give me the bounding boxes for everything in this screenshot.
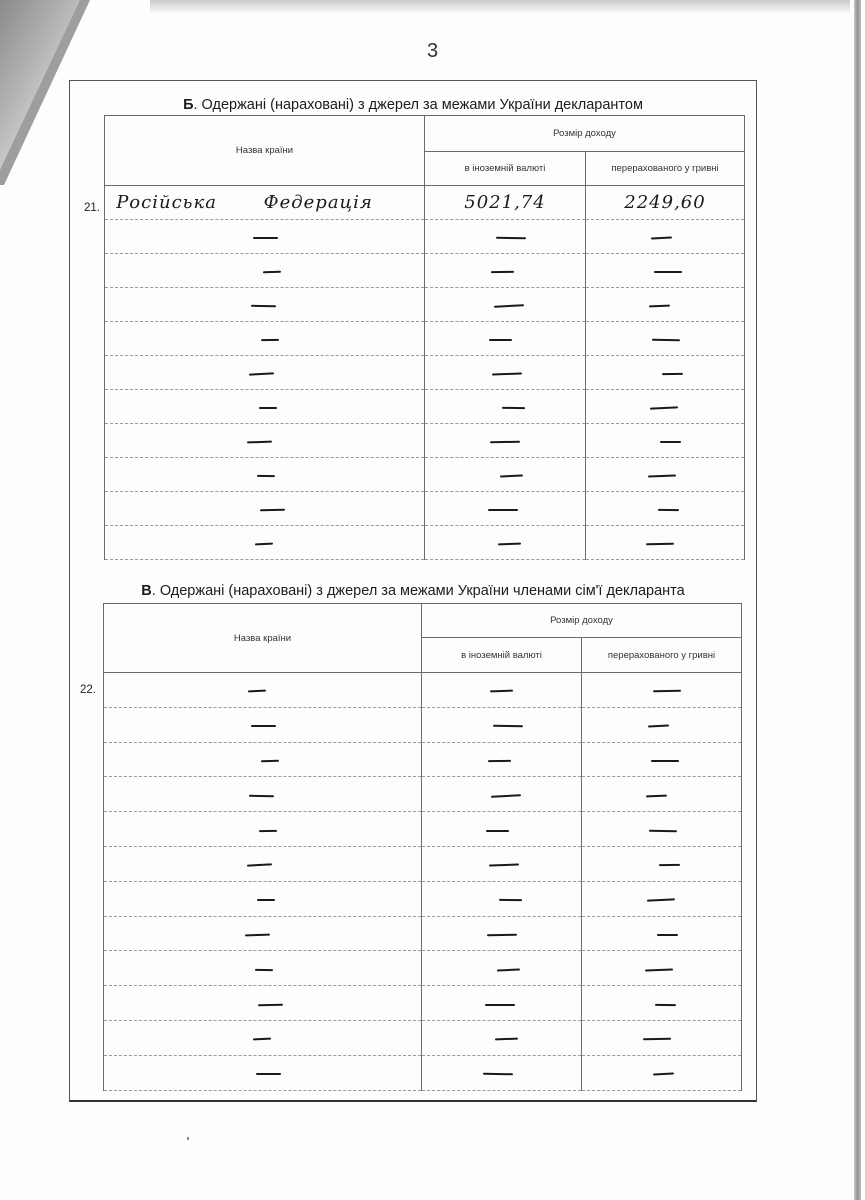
table-row: [105, 458, 745, 492]
handwritten-dash: [496, 968, 519, 971]
converted-uah-cell: [586, 458, 745, 492]
country-cell: [105, 458, 425, 492]
handwritten-dash: [494, 1038, 517, 1041]
table-row: [104, 951, 742, 986]
converted-uah-cell: [582, 951, 742, 986]
page-number: 3: [0, 40, 865, 63]
handwritten-dash: [257, 899, 275, 901]
country-cell: [104, 673, 422, 708]
handwritten-dash: [646, 898, 674, 901]
country-cell: [104, 1020, 422, 1055]
foreign-currency-cell: [425, 492, 586, 526]
handwritten-dash: [490, 794, 520, 798]
table-row: [104, 777, 742, 812]
handwritten-dash: [654, 271, 682, 273]
handwritten-dash: [246, 864, 271, 867]
foreign-currency-cell: [425, 526, 586, 560]
handwritten-dash: [652, 1073, 673, 1076]
country-cell: [104, 986, 422, 1021]
converted-uah-cell: [582, 812, 742, 847]
handwritten-dash: [651, 760, 679, 762]
handwritten-dash: [491, 271, 514, 273]
handwritten-dash: [496, 237, 526, 240]
table-row: [104, 986, 742, 1021]
handwritten-dash: [648, 829, 676, 831]
section-c-row-number: 22.: [80, 684, 96, 696]
table-row: [104, 1020, 742, 1055]
handwritten-dash: [494, 304, 524, 308]
converted-uah-cell: [586, 390, 745, 424]
converted-uah-cell: [582, 881, 742, 916]
handwritten-dash: [654, 1003, 675, 1005]
converted-uah-cell: [582, 707, 742, 742]
handwritten-dash: [248, 372, 273, 375]
foreign-currency-cell: [425, 254, 586, 288]
handwritten-dash: [257, 1003, 282, 1005]
country-cell: Російська Федерація: [105, 186, 425, 220]
handwritten-dash: [260, 339, 278, 341]
handwritten-dash: [652, 690, 680, 692]
table-row: [104, 707, 742, 742]
converted-uah-cell: [582, 916, 742, 951]
section-c-title-text: . Одержані (нараховані) з джерел за межа…: [152, 583, 685, 599]
handwritten-dash: [662, 373, 683, 375]
country-cell: [104, 707, 422, 742]
foreign-currency-cell: [425, 288, 586, 322]
handwritten-dash: [244, 934, 269, 937]
handwritten-dash: [254, 969, 272, 971]
header-country: Назва країни: [105, 116, 425, 186]
handwritten-dash: [253, 237, 278, 239]
converted-uah-cell: [586, 526, 745, 560]
section-b-row-number: 21.: [84, 202, 100, 214]
country-cell: [105, 492, 425, 526]
handwritten-dash: [658, 509, 679, 511]
table-row: Російська Федерація5021,742249,60: [105, 186, 745, 220]
foreign-currency-cell: [422, 1020, 582, 1055]
table-row: [105, 288, 745, 322]
country-cell: [105, 390, 425, 424]
scan-edge-strip: [854, 0, 861, 1200]
country-cell: [104, 812, 422, 847]
handwritten-dash: [644, 968, 672, 971]
country-cell: [105, 356, 425, 390]
section-b-letter: Б: [183, 97, 193, 113]
foreign-currency-cell: [422, 777, 582, 812]
foreign-currency-cell: [422, 1055, 582, 1090]
converted-uah-cell: [582, 777, 742, 812]
foreign-currency-cell: [425, 322, 586, 356]
handwritten-dash: [486, 830, 509, 832]
country-cell: [104, 951, 422, 986]
converted-uah-cell: [586, 356, 745, 390]
converted-uah-cell: [586, 492, 745, 526]
foreign-currency-cell: [422, 986, 582, 1021]
country-cell: [104, 777, 422, 812]
handwritten-dash: [490, 441, 520, 444]
section-c-letter: В: [141, 583, 151, 599]
handwritten-dash: [262, 271, 280, 274]
table-row: [105, 492, 745, 526]
foreign-currency-cell: [425, 390, 586, 424]
handwritten-dash: [247, 690, 265, 693]
handwritten-dash: [486, 934, 516, 937]
converted-uah-cell: [582, 846, 742, 881]
handwritten-dash: [487, 760, 510, 762]
handwritten-dash: [256, 1073, 281, 1075]
country-cell: [105, 526, 425, 560]
handwritten-dash: [646, 543, 674, 545]
handwritten-dash: [485, 1004, 515, 1006]
table-row: [105, 356, 745, 390]
handwritten-value: 5021,74: [464, 192, 545, 213]
foreign-currency-cell: [422, 881, 582, 916]
converted-uah-cell: [586, 254, 745, 288]
handwritten-dash: [248, 795, 273, 797]
table-row: [104, 916, 742, 951]
foreign-currency-cell: [425, 458, 586, 492]
header-converted-uah: перерахованого у гривні: [586, 152, 745, 186]
handwritten-dash: [648, 475, 676, 478]
handwritten-dash: [660, 441, 681, 443]
handwritten-dash: [254, 543, 272, 546]
handwritten-dash: [647, 725, 668, 728]
foreign-currency-cell: 5021,74: [425, 186, 586, 220]
handwritten-dash: [502, 407, 525, 409]
handwritten-dash: [482, 1073, 512, 1076]
header-country: Назва країни: [104, 604, 422, 673]
foreign-currency-cell: [422, 812, 582, 847]
country-cell: [104, 881, 422, 916]
handwritten-dash: [259, 509, 284, 511]
handwritten-dash: [489, 339, 512, 341]
country-cell: [105, 288, 425, 322]
converted-uah-cell: [586, 288, 745, 322]
handwritten-dash: [658, 864, 679, 866]
country-cell: [105, 220, 425, 254]
handwritten-dash: [488, 864, 518, 867]
table-row: [104, 673, 742, 708]
foreign-currency-cell: [422, 707, 582, 742]
section-c-table: Назва країни Розмір доходу в іноземній в…: [103, 603, 742, 1091]
handwritten-dash: [645, 794, 666, 797]
converted-uah-cell: [586, 220, 745, 254]
handwritten-dash: [498, 543, 521, 546]
handwritten-dash: [256, 475, 274, 477]
table-row: [105, 322, 745, 356]
handwritten-dash: [492, 372, 522, 375]
handwritten-dash: [488, 509, 518, 511]
handwritten-dash: [642, 1038, 670, 1040]
country-cell: [104, 1055, 422, 1090]
header-foreign-currency: в іноземній валюті: [422, 638, 582, 673]
converted-uah-cell: [582, 986, 742, 1021]
handwritten-dash: [657, 934, 678, 936]
foreign-currency-cell: [422, 951, 582, 986]
country-cell: [104, 846, 422, 881]
handwritten-dash: [652, 339, 680, 341]
header-converted-uah: перерахованого у гривні: [582, 638, 742, 673]
handwritten-dash: [252, 1038, 270, 1041]
scan-speck: [187, 1137, 189, 1140]
header-foreign-currency: в іноземній валюті: [425, 152, 586, 186]
converted-uah-cell: [586, 424, 745, 458]
table-row: [104, 1055, 742, 1090]
foreign-currency-cell: [422, 742, 582, 777]
section-c-title: В. Одержані (нараховані) з джерел за меж…: [69, 583, 757, 599]
converted-uah-cell: [582, 1020, 742, 1055]
country-cell: [105, 254, 425, 288]
handwritten-dash: [651, 236, 672, 239]
handwritten-dash: [650, 406, 678, 409]
handwritten-dash: [649, 305, 670, 308]
converted-uah-cell: [582, 673, 742, 708]
foreign-currency-cell: [422, 846, 582, 881]
handwritten-dash: [500, 474, 523, 477]
converted-uah-cell: [582, 1055, 742, 1090]
foreign-currency-cell: [425, 424, 586, 458]
table-row: [104, 846, 742, 881]
table-row: [104, 812, 742, 847]
table-row: [105, 220, 745, 254]
table-row: [104, 881, 742, 916]
table-row: [104, 742, 742, 777]
foreign-currency-cell: [425, 220, 586, 254]
handwritten-value: 2249,60: [624, 192, 705, 213]
section-b-table: Назва країни Розмір доходу в іноземній в…: [104, 115, 745, 560]
section-b-title: Б. Одержані (нараховані) з джерел за меж…: [69, 97, 757, 113]
table-row: [105, 254, 745, 288]
converted-uah-cell: 2249,60: [586, 186, 745, 220]
foreign-currency-cell: [422, 673, 582, 708]
handwritten-value: Російська Федерація: [116, 192, 373, 213]
handwritten-dash: [250, 305, 275, 307]
foreign-currency-cell: [422, 916, 582, 951]
table-row: [105, 424, 745, 458]
handwritten-dash: [251, 725, 276, 727]
handwritten-dash: [258, 829, 276, 831]
scan-smudge: [150, 0, 850, 14]
table-row: [105, 390, 745, 424]
handwritten-dash: [246, 441, 271, 444]
foreign-currency-cell: [425, 356, 586, 390]
section-b-title-text: . Одержані (нараховані) з джерел за межа…: [194, 97, 643, 113]
handwritten-dash: [489, 690, 512, 693]
converted-uah-cell: [582, 742, 742, 777]
country-cell: [104, 742, 422, 777]
country-cell: [105, 424, 425, 458]
handwritten-dash: [492, 725, 522, 728]
converted-uah-cell: [586, 322, 745, 356]
table-row: [105, 526, 745, 560]
handwritten-dash: [259, 407, 277, 409]
country-cell: [105, 322, 425, 356]
header-income-size: Розмір доходу: [422, 604, 742, 638]
header-income-size: Розмір доходу: [425, 116, 745, 152]
country-cell: [104, 916, 422, 951]
handwritten-dash: [498, 899, 521, 901]
handwritten-dash: [260, 760, 278, 763]
